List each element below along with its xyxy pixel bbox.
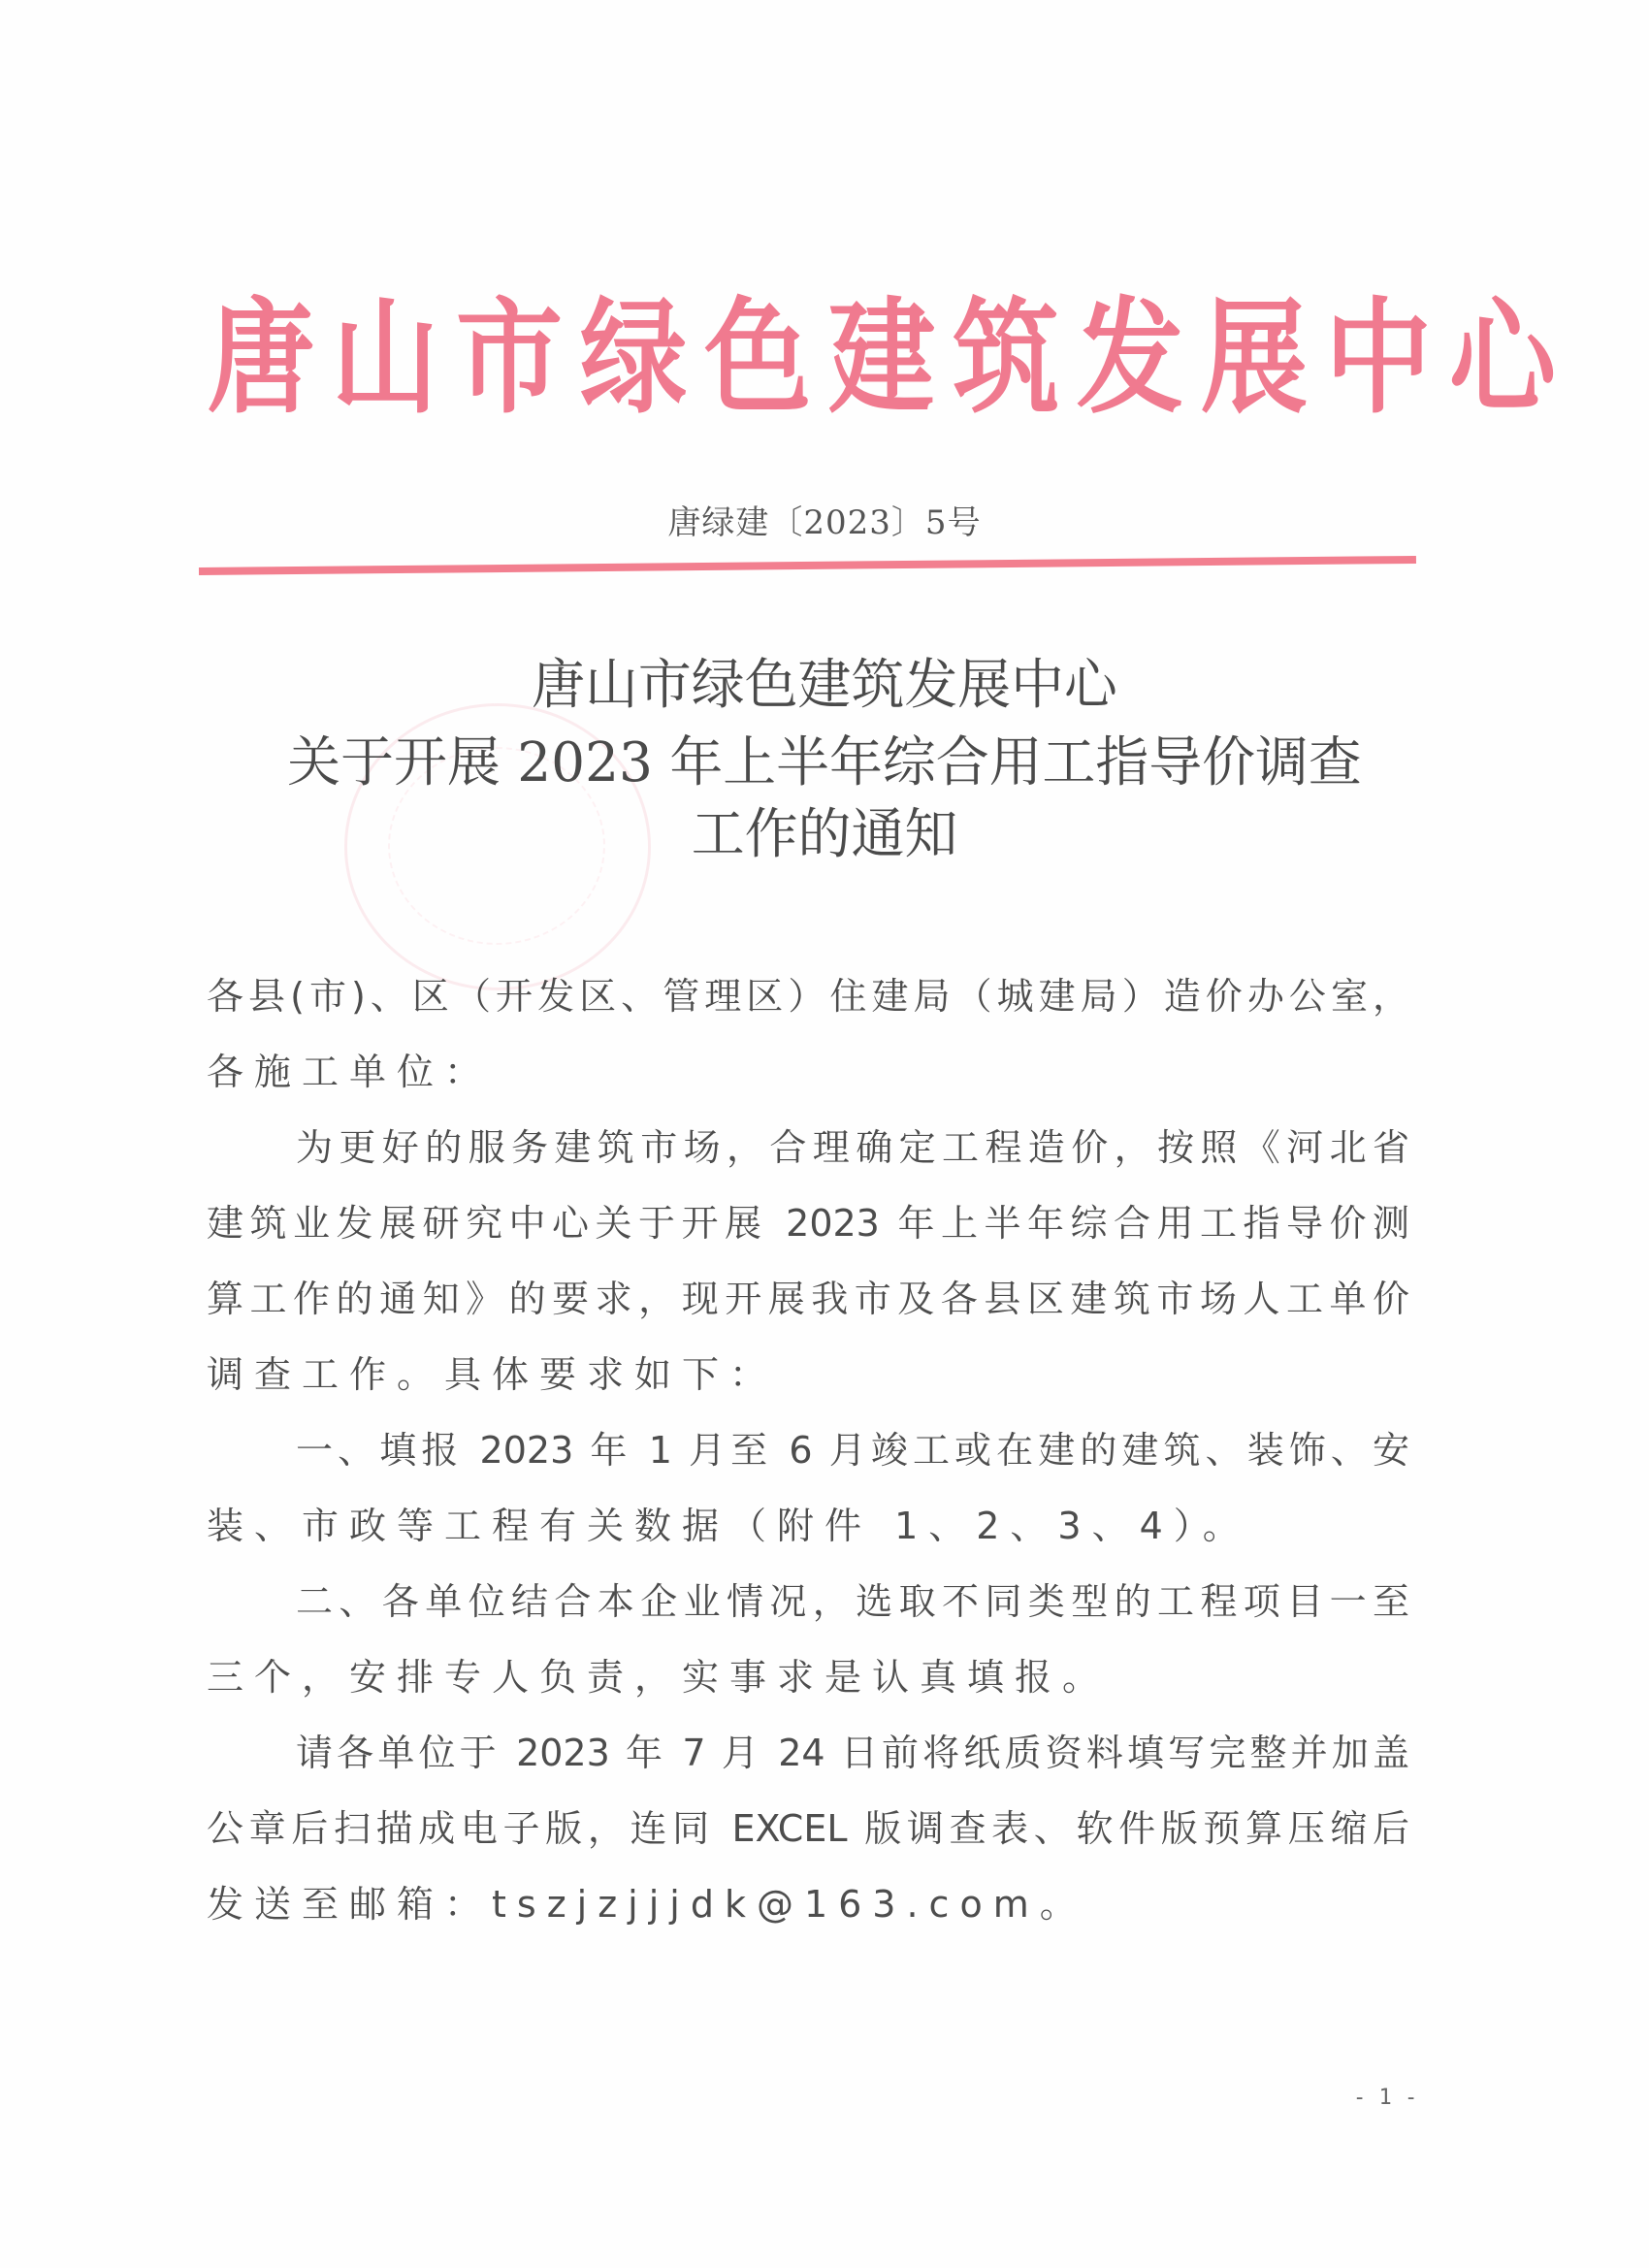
document-page: 唐 山 市 绿 色 建 筑 发 展 中 心 唐绿建〔2023〕5号 唐山市绿色建… [0,0,1649,2268]
masthead-char: 色 [704,281,811,437]
document-number: 唐绿建〔2023〕5号 [0,499,1649,547]
masthead-char: 建 [828,281,935,437]
submission-paragraph-line-2: 公章后扫描成电子版，连同 EXCEL 版调查表、软件版预算压缩后 [207,1804,1409,1853]
requirement-2-line-2: 三个，安排专人负责，实事求是认真填报。 [207,1653,1409,1701]
page-number: - 1 - [1353,2086,1417,2110]
body-paragraph-1-line-3: 算工作的通知》的要求，现开展我市及各县区建筑市场人工单价 [207,1275,1409,1323]
requirement-2-line-1: 二、各单位结合本企业情况，选取不同类型的工程项目一至 [296,1577,1409,1626]
requirement-1-line-1: 一、填报 2023 年 1 月至 6 月竣工或在建的建筑、装饰、安 [296,1426,1409,1474]
masthead-char: 展 [1201,281,1308,437]
title-line-3: 工作的通知 [0,801,1649,869]
masthead-char: 发 [1077,281,1183,437]
title-line-1: 唐山市绿色建筑发展中心 [0,652,1649,720]
masthead-char: 筑 [953,281,1059,437]
body-paragraph-1-line-1: 为更好的服务建筑市场，合理确定工程造价，按照《河北省 [296,1123,1409,1172]
addressee-line-1: 各县(市)、区（开发区、管理区）住建局（城建局）造价办公室， [207,972,1409,1021]
addressee-line-2: 各施工单位： [207,1048,1409,1096]
masthead-char: 中 [1325,281,1432,437]
red-divider-rule [199,556,1416,575]
masthead-char: 唐 [208,281,314,437]
masthead-org-name: 唐 山 市 绿 色 建 筑 发 展 中 心 [199,281,1411,437]
masthead-char: 市 [456,281,563,437]
submission-paragraph-line-1: 请各单位于 2023 年 7 月 24 日前将纸质资料填写完整并加盖 [296,1729,1409,1777]
title-line-2: 关于开展 2023 年上半年综合用工指导价调查 [0,729,1649,797]
masthead-char: 心 [1449,281,1556,437]
body-paragraph-1-line-4: 调查工作。具体要求如下： [207,1350,1409,1399]
submission-email-line: 发送至邮箱：tszjzjjjdk@163.com。 [207,1880,1409,1928]
body-paragraph-1-line-2: 建筑业发展研究中心关于开展 2023 年上半年综合用工指导价测 [207,1199,1409,1247]
requirement-1-line-2: 装、市政等工程有关数据（附件 1、2、3、4）。 [207,1502,1409,1550]
masthead-char: 绿 [580,281,687,437]
masthead-char: 山 [332,281,438,437]
